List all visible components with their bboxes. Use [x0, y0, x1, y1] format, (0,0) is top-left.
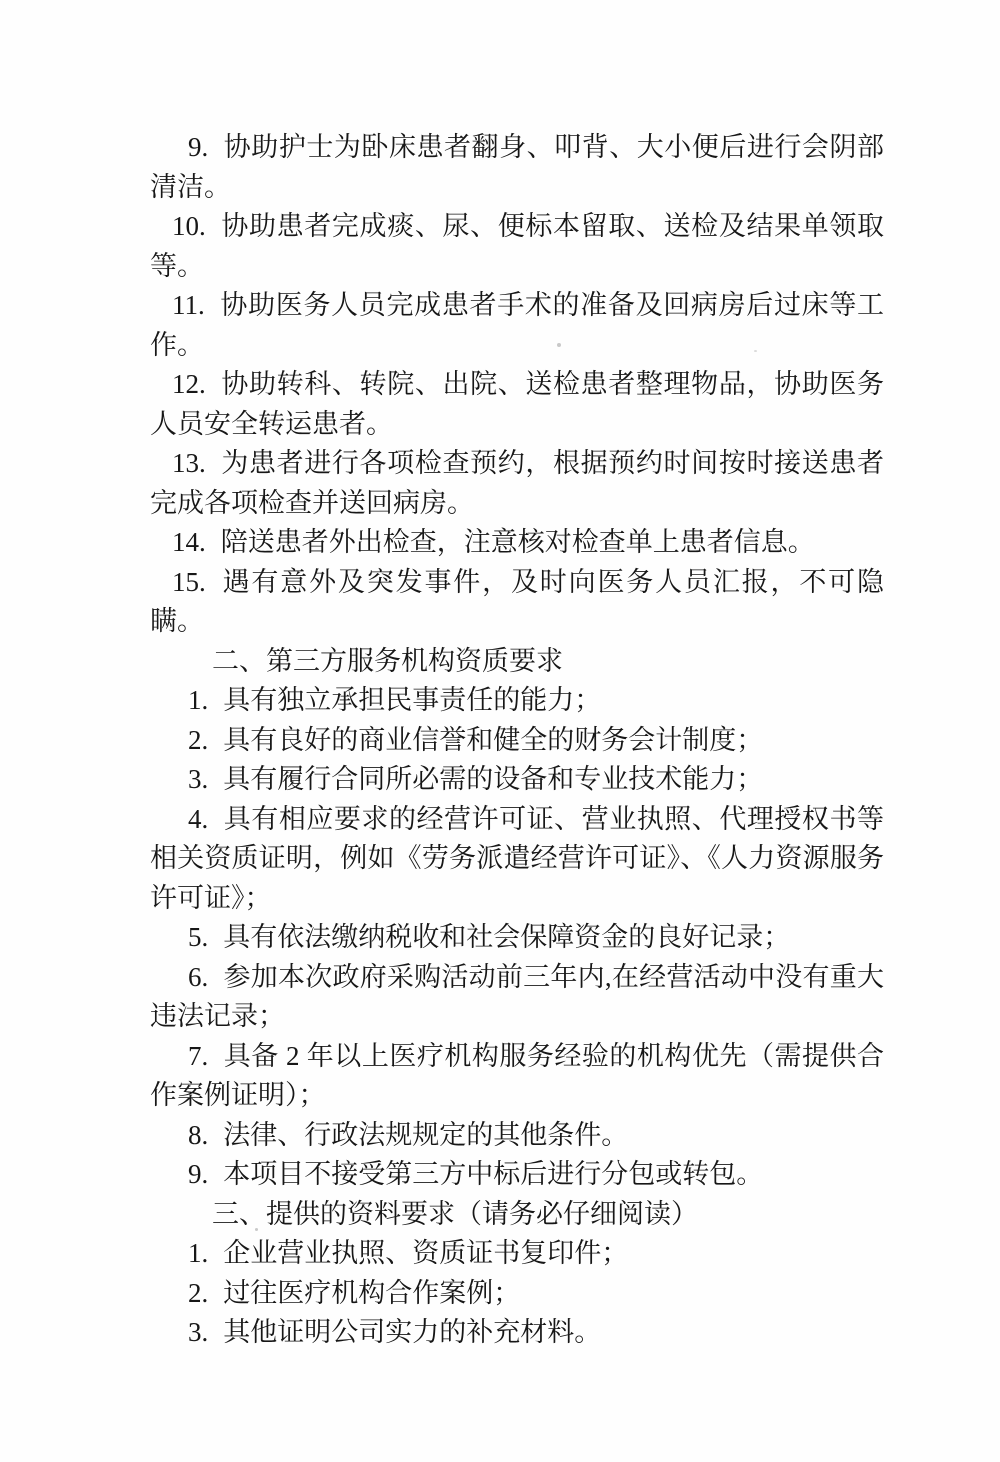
item-text: 具有相应要求的经营许可证、营业执照、代理授权书等相关资质证明，例如《劳务派遣经营… — [150, 804, 884, 913]
item-text: 具有履行合同所必需的设备和专业技术能力； — [223, 764, 763, 794]
qualification-item-8: 8.法律、行政法规规定的其他条件。 — [150, 1116, 884, 1156]
scan-speckle — [754, 350, 757, 352]
item-text: 陪送患者外出检查，注意核对检查单上患者信息。 — [221, 527, 815, 557]
item-number: 1. — [188, 685, 208, 715]
section-heading-3: 三、提供的资料要求（请务必仔细阅读） — [150, 1195, 884, 1235]
item-number: 14. — [172, 527, 206, 557]
item-text: 具有独立承担民事责任的能力； — [223, 685, 601, 715]
item-text: 具有良好的商业信誉和健全的财务会计制度； — [223, 725, 763, 755]
item-text: 遇有意外及突发事件，及时向医务人员汇报，不可隐瞒。 — [150, 567, 884, 637]
item-text: 其他证明公司实力的补充材料。 — [223, 1317, 601, 1347]
list-item-13: 13.为患者进行各项检查预约，根据预约时间按时接送患者完成各项检查并送回病房。 — [150, 444, 884, 523]
material-item-1: 1.企业营业执照、资质证书复印件； — [150, 1234, 884, 1274]
item-number: 11. — [172, 290, 205, 320]
item-text: 过往医疗机构合作案例； — [223, 1278, 520, 1308]
item-text: 协助患者完成痰、尿、便标本留取、送检及结果单领取等。 — [150, 211, 884, 281]
item-number: 10. — [172, 211, 206, 241]
item-number: 3. — [188, 764, 208, 794]
item-number: 6. — [188, 962, 208, 992]
item-number: 2. — [188, 725, 208, 755]
list-item-10: 10.协助患者完成痰、尿、便标本留取、送检及结果单领取等。 — [150, 207, 884, 286]
list-item-15: 15.遇有意外及突发事件，及时向医务人员汇报，不可隐瞒。 — [150, 563, 884, 642]
qualification-item-5: 5.具有依法缴纳税收和社会保障资金的良好记录； — [150, 918, 884, 958]
document-page: 9.协助护士为卧床患者翻身、叩背、大小便后进行会阴部清洁。 10.协助患者完成痰… — [0, 0, 1000, 1462]
qualification-item-2: 2.具有良好的商业信誉和健全的财务会计制度； — [150, 721, 884, 761]
item-number: 2. — [188, 1278, 208, 1308]
item-text: 企业营业执照、资质证书复印件； — [223, 1238, 628, 1268]
document-content: 9.协助护士为卧床患者翻身、叩背、大小便后进行会阴部清洁。 10.协助患者完成痰… — [150, 128, 884, 1353]
qualification-item-7: 7.具备 2 年以上医疗机构服务经验的机构优先（需提供合作案例证明）； — [150, 1037, 884, 1116]
item-text: 具备 2 年以上医疗机构服务经验的机构优先（需提供合作案例证明）； — [150, 1041, 884, 1111]
item-number: 4. — [188, 804, 208, 834]
qualification-item-1: 1.具有独立承担民事责任的能力； — [150, 681, 884, 721]
qualification-item-6: 6.参加本次政府采购活动前三年内,在经营活动中没有重大违法记录； — [150, 958, 884, 1037]
scan-speckle — [557, 343, 561, 347]
material-item-2: 2.过往医疗机构合作案例； — [150, 1274, 884, 1314]
item-number: 5. — [188, 922, 208, 952]
item-number: 7. — [188, 1041, 208, 1071]
item-text: 协助转科、转院、出院、送检患者整理物品，协助医务人员安全转运患者。 — [150, 369, 884, 439]
item-text: 协助医务人员完成患者手术的准备及回病房后过床等工作。 — [150, 290, 884, 360]
item-number: 8. — [188, 1120, 208, 1150]
list-item-14: 14.陪送患者外出检查，注意核对检查单上患者信息。 — [150, 523, 884, 563]
list-item-12: 12.协助转科、转院、出院、送检患者整理物品，协助医务人员安全转运患者。 — [150, 365, 884, 444]
item-text: 本项目不接受第三方中标后进行分包或转包。 — [223, 1159, 763, 1189]
item-text: 参加本次政府采购活动前三年内,在经营活动中没有重大违法记录； — [150, 962, 884, 1032]
item-number: 9. — [188, 132, 208, 162]
item-number: 9. — [188, 1159, 208, 1189]
qualification-item-3: 3.具有履行合同所必需的设备和专业技术能力； — [150, 760, 884, 800]
item-number: 12. — [172, 369, 206, 399]
item-text: 为患者进行各项检查预约，根据预约时间按时接送患者完成各项检查并送回病房。 — [150, 448, 884, 518]
item-text: 法律、行政法规规定的其他条件。 — [223, 1120, 628, 1150]
item-number: 13. — [172, 448, 206, 478]
section-heading-2: 二、第三方服务机构资质要求 — [150, 642, 884, 682]
material-item-3: 3.其他证明公司实力的补充材料。 — [150, 1313, 884, 1353]
list-item-11: 11.协助医务人员完成患者手术的准备及回病房后过床等工作。 — [150, 286, 884, 365]
item-text: 协助护士为卧床患者翻身、叩背、大小便后进行会阴部清洁。 — [150, 132, 884, 202]
qualification-item-4: 4.具有相应要求的经营许可证、营业执照、代理授权书等相关资质证明，例如《劳务派遣… — [150, 800, 884, 919]
qualification-item-9: 9.本项目不接受第三方中标后进行分包或转包。 — [150, 1155, 884, 1195]
item-number: 3. — [188, 1317, 208, 1347]
list-item-9: 9.协助护士为卧床患者翻身、叩背、大小便后进行会阴部清洁。 — [150, 128, 884, 207]
scan-speckle — [255, 1228, 258, 1231]
item-text: 具有依法缴纳税收和社会保障资金的良好记录； — [223, 922, 790, 952]
item-number: 15. — [172, 567, 206, 597]
item-number: 1. — [188, 1238, 208, 1268]
